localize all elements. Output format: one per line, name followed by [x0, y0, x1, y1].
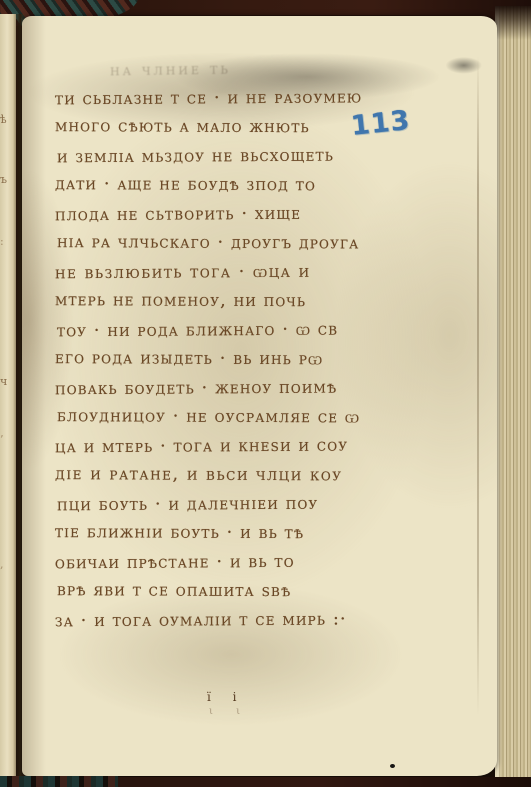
manuscript-text-line: не вьзлюбить тога · ѡца и	[55, 257, 467, 289]
manuscript-text-line: и земліа мьздоу не вьсхощеть	[55, 141, 467, 173]
manuscript-photo: ѣъ:ч’, на члние ть ти сьблазне т се · и …	[0, 0, 531, 787]
text-block: ти сьблазне т се · и не разоумеюмного сѣ…	[55, 84, 467, 635]
manuscript-text-line: за · и тога оумаліи т се мирь :·	[55, 605, 467, 637]
manuscript-text-line: дати · аще не боудѣ зпод то	[55, 170, 467, 201]
manuscript-text-line: плода не сьтворить · хище	[55, 199, 467, 231]
facing-page-text-fragment: ч	[0, 376, 14, 387]
manuscript-text-line: блоудницоу · не оусрамляе се ѡ	[55, 402, 467, 433]
facing-page-text-fragment: :	[0, 236, 14, 247]
marginal-ink-marks-faint: ι ι	[209, 706, 250, 717]
manuscript-text-line: ніа ра члчьскаго · дроугъ дроуга	[55, 228, 467, 259]
page-crease	[477, 56, 479, 716]
manuscript-text-line: діе и ратане, и вьси члци коу	[55, 460, 467, 491]
manuscript-text-line: обичаи прѣстане · и вь то	[55, 547, 467, 579]
manuscript-text-line: повакь боудеть · женоу поимѣ	[55, 373, 467, 405]
facing-page-text-fragment: ,	[0, 559, 14, 570]
manuscript-text-line: врѣ яви т се опашита ѕвѣ	[55, 576, 467, 607]
facing-page-text-fragment: ’	[0, 434, 14, 445]
manuscript-text-line: его рода изыдеть · вь инь рѡ	[55, 344, 467, 375]
manuscript-text-line: мтерь не поменоу, ни почь	[55, 286, 467, 317]
ink-fleck	[390, 764, 395, 768]
manuscript-text-line: ца и мтерь · тога и кнеѕи и соу	[55, 431, 467, 463]
facing-page-text-fragment: ъ	[0, 174, 14, 185]
manuscript-page: на члние ть ти сьблазне т се · и не разо…	[22, 16, 497, 776]
marginal-ink-marks: ї і	[207, 690, 246, 704]
faded-smudged-line: на члние ть	[110, 56, 440, 80]
page-number-stamp: 113	[350, 105, 412, 142]
manuscript-text-line: тіе ближніи боуть · и вь тѣ	[55, 518, 467, 549]
fore-edge-page-stack	[495, 6, 531, 780]
manuscript-text-line: пци боуть · и далечніеи поу	[55, 489, 467, 521]
manuscript-text-line: тоу · ни рода ближнаго · ѡ св	[55, 315, 467, 347]
facing-page-text-fragment: ѣ	[0, 114, 14, 125]
endband-bottom-flecks	[0, 776, 118, 787]
